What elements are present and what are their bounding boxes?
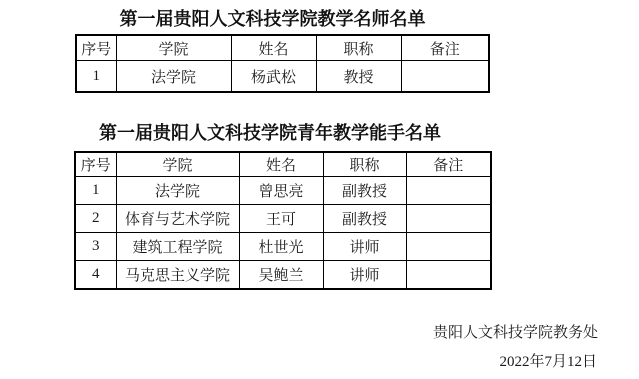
table2-cell-college: 法学院 [116,177,239,205]
table2-cell-name: 杜世光 [239,233,323,261]
table2-row: 4 马克思主义学院 吴鲍兰 讲师 [75,261,491,290]
table1-row: 1 法学院 杨武松 教授 [76,61,489,93]
table2-cell-remark [406,205,491,233]
table1-cell-index: 1 [76,61,116,93]
table1-cell-college: 法学院 [116,61,231,93]
young-teaching-expert-table: 序号 学院 姓名 职称 备注 1 法学院 曾思亮 副教授 2 体育与艺术学院 王… [74,151,492,290]
table2-cell-index: 1 [75,177,116,205]
table1-header-name: 姓名 [231,35,316,61]
table2-header-index: 序号 [75,152,116,177]
table2-row: 3 建筑工程学院 杜世光 讲师 [75,233,491,261]
issue-date: 2022年7月12日 [499,350,597,371]
issuing-department: 贵阳人文科技学院教务处 [433,321,598,342]
table1-header-college: 学院 [116,35,231,61]
table2-cell-title: 副教授 [323,205,406,233]
table1-cell-remark [401,61,489,93]
table2-header-row: 序号 学院 姓名 职称 备注 [75,152,491,177]
table1-cell-title: 教授 [316,61,401,93]
table2-cell-college: 建筑工程学院 [116,233,239,261]
table2-cell-remark [406,177,491,205]
table2-header-name: 姓名 [239,152,323,177]
table2-cell-college: 马克思主义学院 [116,261,239,290]
table2-cell-college: 体育与艺术学院 [116,205,239,233]
table2-cell-index: 4 [75,261,116,290]
table2-cell-name: 曾思亮 [239,177,323,205]
teaching-master-table: 序号 学院 姓名 职称 备注 1 法学院 杨武松 教授 [75,34,490,93]
table2-header-remark: 备注 [406,152,491,177]
table2-cell-remark [406,261,491,290]
table2-cell-remark [406,233,491,261]
table2-cell-index: 2 [75,205,116,233]
document-page: 第一届贵阳人文科技学院教学名师名单 序号 学院 姓名 职称 备注 1 法学院 杨… [0,0,639,379]
table1-header-row: 序号 学院 姓名 职称 备注 [76,35,489,61]
table2-cell-title: 讲师 [323,261,406,290]
table1-title: 第一届贵阳人文科技学院教学名师名单 [0,5,545,31]
table2-row: 2 体育与艺术学院 王可 副教授 [75,205,491,233]
table1-header-index: 序号 [76,35,116,61]
table2-cell-index: 3 [75,233,116,261]
table2-cell-name: 吴鲍兰 [239,261,323,290]
table2-header-title: 职称 [323,152,406,177]
table2-header-college: 学院 [116,152,239,177]
table2-row: 1 法学院 曾思亮 副教授 [75,177,491,205]
table2-cell-title: 副教授 [323,177,406,205]
table1-header-title: 职称 [316,35,401,61]
table2-cell-name: 王可 [239,205,323,233]
table2-title: 第一届贵阳人文科技学院青年教学能手名单 [0,119,540,145]
table1-cell-name: 杨武松 [231,61,316,93]
table1-header-remark: 备注 [401,35,489,61]
table2-cell-title: 讲师 [323,233,406,261]
